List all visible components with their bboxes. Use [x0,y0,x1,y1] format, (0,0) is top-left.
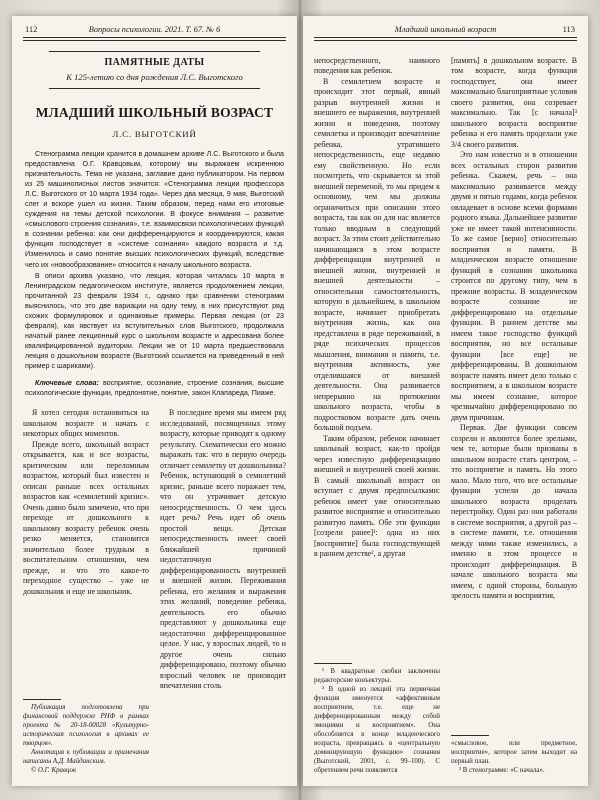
column-2: [память] в дошкольном возрасте. В том во… [451,56,577,776]
running-head-right: Младший школьный возраст 113 [314,24,577,37]
column-2: В последнее время мы имеем ряд исследова… [160,408,286,776]
rubric-heading: ПАМЯТНЫЕ ДАТЫ [53,57,256,68]
page-number-right: 113 [563,25,575,34]
footnote: Аннотация к публикации и примечания напи… [23,749,149,767]
footnote: ² В одной из лекций эта первичная функци… [314,686,440,776]
rubric-subheading: К 125-летию со дня рождения Л.С. Выготск… [53,72,256,82]
footnote-rule [451,735,489,736]
running-head-left: 112 Вопросы психологии. 2021. Т. 67. № 6 [23,24,286,37]
scanned-journal-spread: 112 Вопросы психологии. 2021. Т. 67. № 6… [0,0,600,800]
footnote: ³ В стенограмме: «С начала». [451,767,577,776]
footnote-block: Публикация подготовлена при финансовой п… [23,695,149,776]
footnote-block: ¹ В квадратные скобки заключены редактор… [314,659,440,776]
body-paragraph: Таким образом, ребенок начинает школьный… [314,434,440,560]
body-paragraph: Первая. Две функции совсем созрели и явл… [451,423,577,602]
footnote-rule [314,663,352,664]
page-112: 112 Вопросы психологии. 2021. Т. 67. № 6… [12,16,297,786]
header-rule [314,37,577,41]
page-number-left: 112 [25,25,37,34]
footnote-block: «смысловое, или предметное, восприятие»,… [451,731,577,776]
copyright-line: © О.Г. Кравцов [23,767,149,776]
body-paragraph: непосредственного, наивного поведения ка… [314,56,440,77]
body-paragraph: В семилетнем возрасте и происходит этот … [314,77,440,434]
journal-title: Вопросы психологии. 2021. Т. 67. № 6 [89,25,220,34]
article-running-title: Младший школьный возраст [395,25,496,34]
article-author: Л.С. ВЫГОТСКИЙ [23,129,286,139]
abstract-paragraph: В описи архива указано, что лекция, кото… [25,271,284,372]
body-paragraph: [память] в дошкольном возрасте. В том во… [451,56,577,151]
body-paragraph: Я хотел сегодня остановиться на школьном… [23,408,149,440]
footnote-rule [23,699,61,700]
footnote: Публикация подготовлена при финансовой п… [23,704,149,749]
article-title: МЛАДШИЙ ШКОЛЬНЫЙ ВОЗРАСТ [23,105,286,121]
keywords-label: Ключевые слова: [35,379,99,387]
abstract-paragraph: Стенограмма лекции хранится в домашнем а… [25,149,284,270]
column-1: непосредственного, наивного поведения ка… [314,56,440,776]
body-paragraph: Прежде всего, школьный возраст открывает… [23,440,149,598]
rubric-box: ПАМЯТНЫЕ ДАТЫ К 125-летию со дня рождени… [49,51,260,89]
body-columns-left-page: Я хотел сегодня остановиться на школьном… [23,408,286,776]
column-1: Я хотел сегодня остановиться на школьном… [23,408,149,776]
body-columns-right-page: непосредственного, наивного поведения ка… [314,56,577,776]
editorial-abstract: Стенограмма лекции хранится в домашнем а… [25,149,284,400]
keywords-line: Ключевые слова: восприятие, осознание, с… [25,378,284,398]
body-paragraph: Это нам известно и в отношении всех оста… [451,150,577,423]
footnote: ¹ В квадратные скобки заключены редактор… [314,668,440,686]
footnote-continuation: «смысловое, или предметное, восприятие»,… [451,740,577,767]
header-rule [23,37,286,41]
page-113: Младший школьный возраст 113 непосредств… [303,16,588,786]
body-paragraph: В последнее время мы имеем ряд исследова… [160,408,286,692]
